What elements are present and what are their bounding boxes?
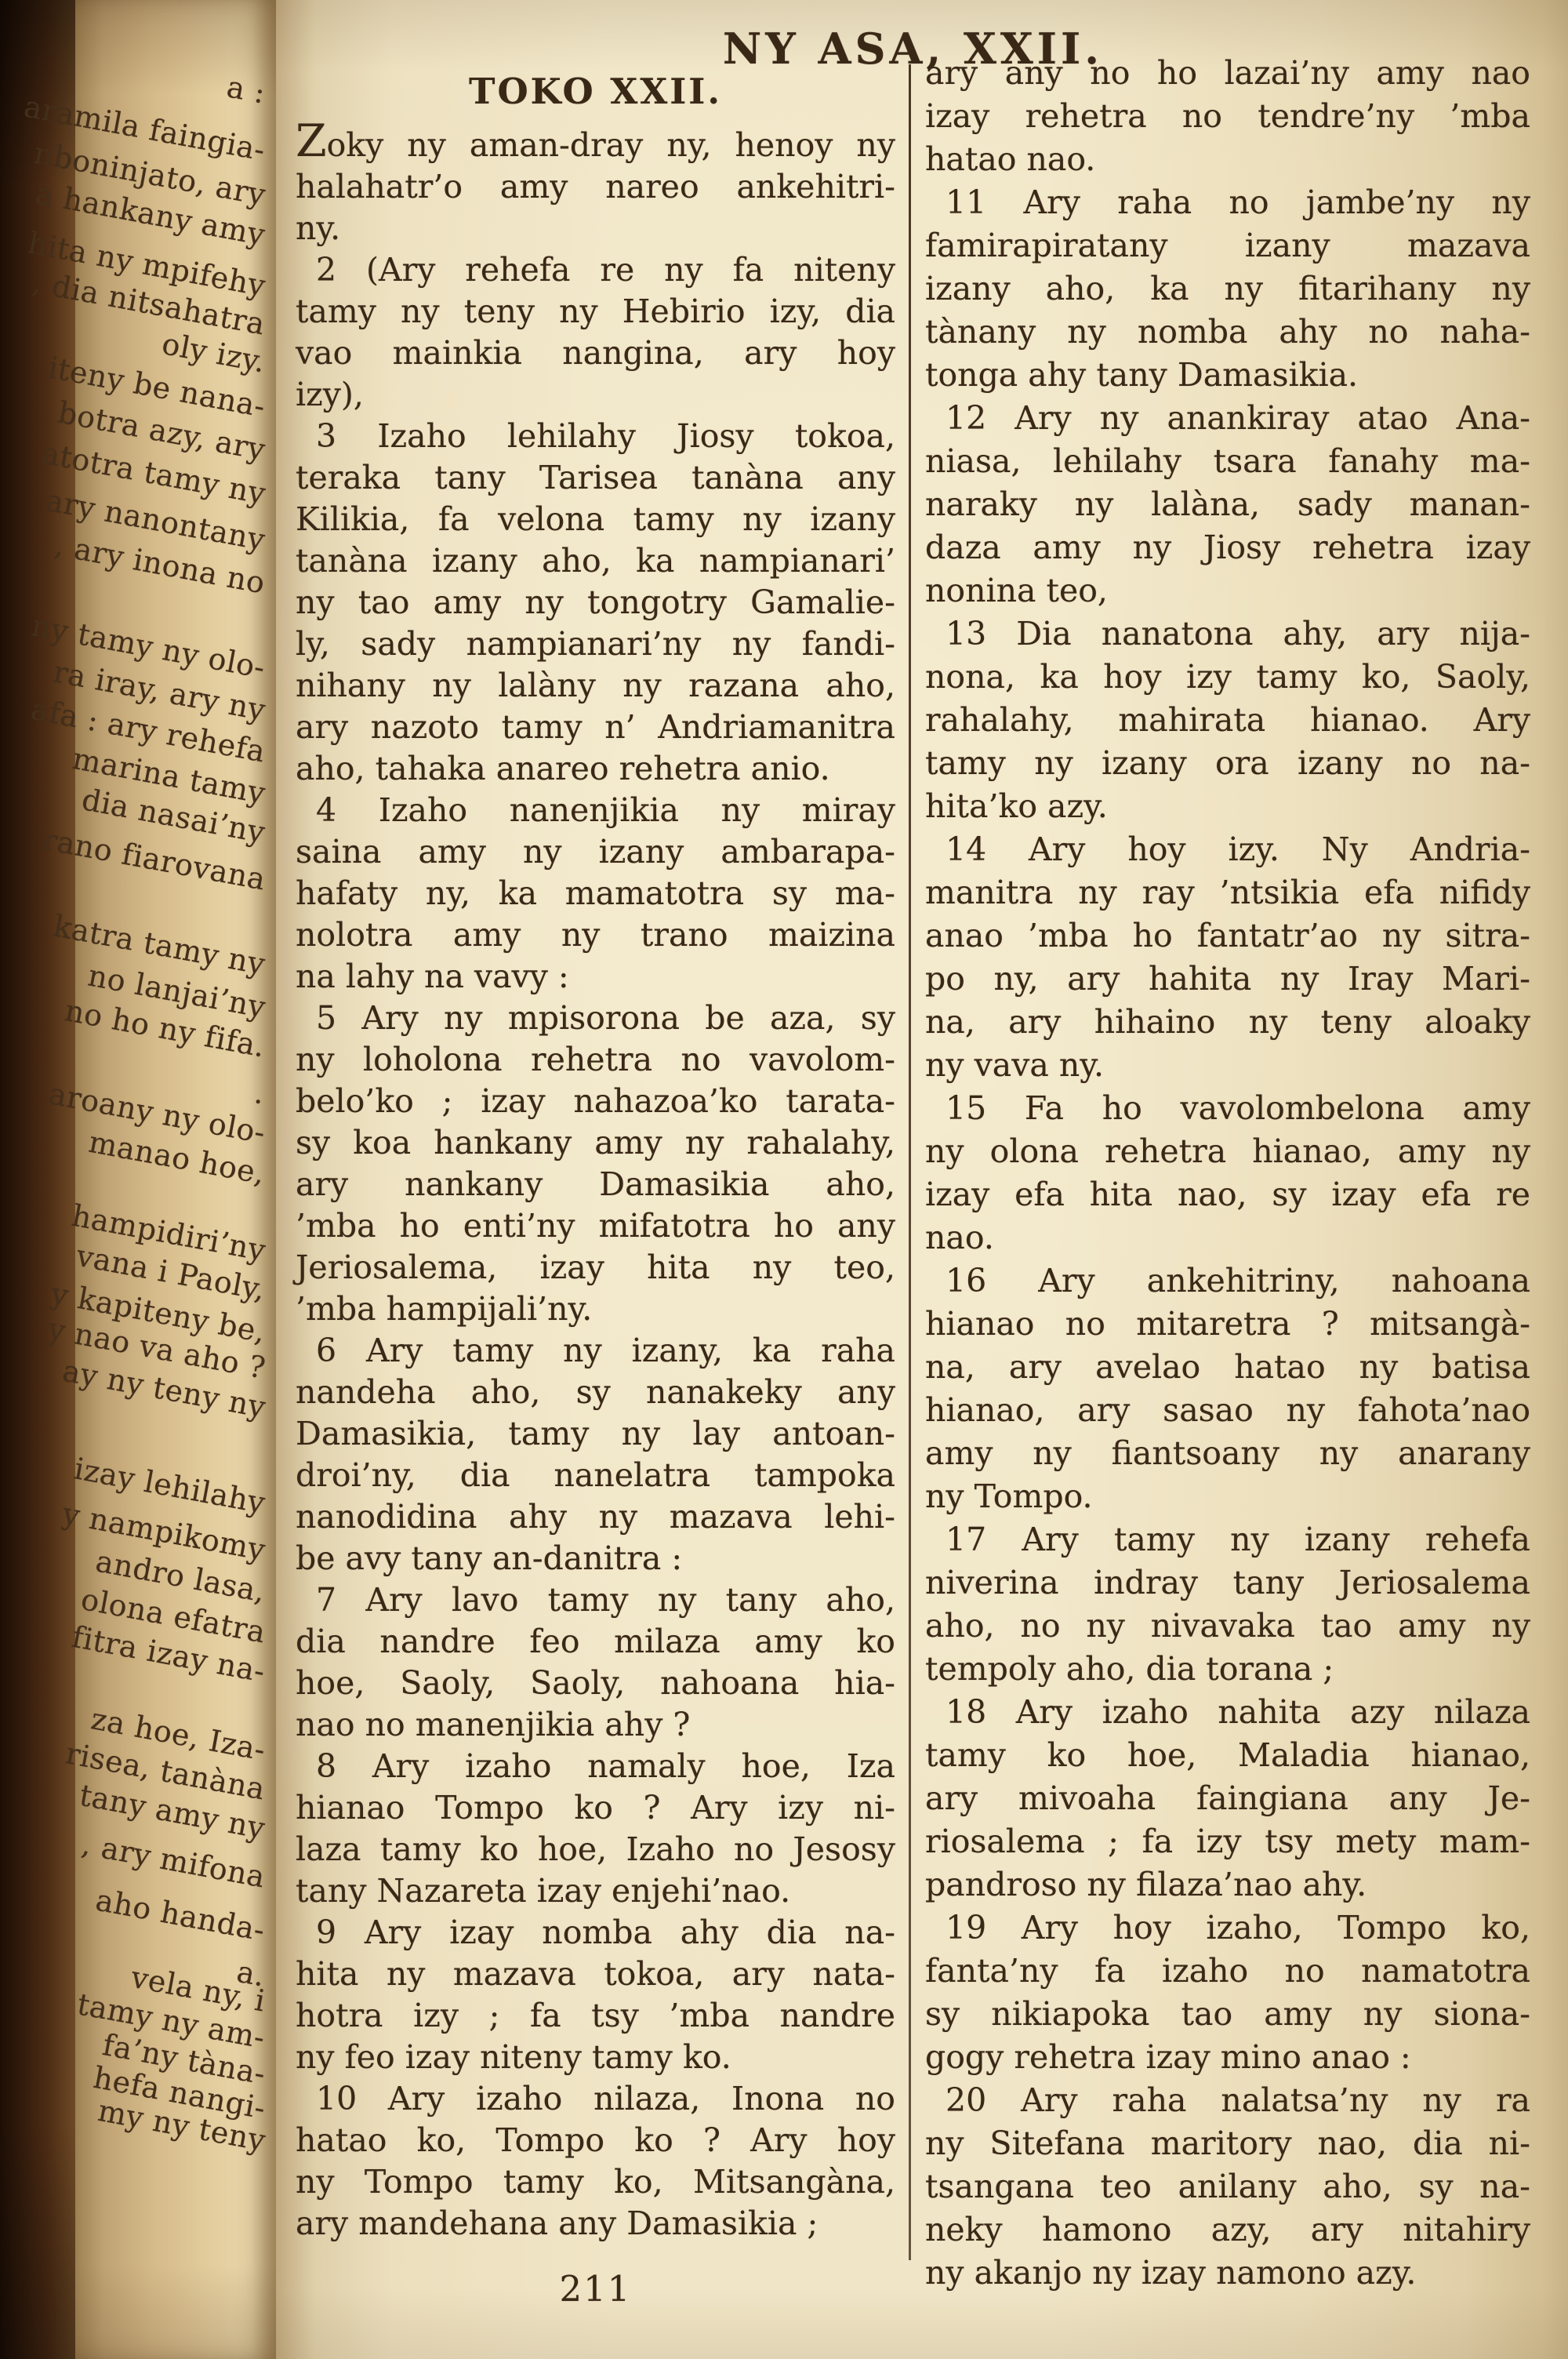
text-line: niasa, lehilahy tsara fanahy ma- — [925, 440, 1530, 483]
text-line: Jeriosalema, izay hita ny teo, — [296, 1247, 895, 1289]
verse-paragraph: 18 Ary izaho nahita azy nilazatamy ko ho… — [925, 1691, 1530, 1906]
page-number: 211 — [296, 2268, 895, 2310]
text-line: naraky ny lalàna, sady manan- — [925, 483, 1530, 526]
text-line: sy nikiapoka tao amy ny siona- — [925, 1993, 1530, 2036]
text-line: ary nazoto tamy n’ Andriamanitra — [296, 707, 895, 748]
text-line: 3 Izaho lehilahy Jiosy tokoa, — [296, 416, 895, 457]
text-line: 11 Ary raha no jambe’ny ny — [925, 181, 1530, 224]
text-line: ny Sitefana maritory nao, dia ni- — [925, 2122, 1530, 2165]
text-line: na, ary avelao hatao ny batisa — [925, 1346, 1530, 1389]
text-line: tempoly aho, dia torana ; — [925, 1648, 1530, 1691]
right-column: ary any no ho lazai’ny amy naoizay rehet… — [925, 52, 1530, 2295]
text-line: sy koa hankany amy ny rahalahy, — [296, 1122, 895, 1164]
text-line: po ny, ary hahita ny Iray Mari- — [925, 958, 1530, 1001]
text-line: amy ny fiantsoany ny anarany — [925, 1432, 1530, 1475]
text-line: tanàna izany aho, ka nampianari’ — [296, 540, 895, 582]
text-line: halahatr’o amy nareo ankehitri- — [296, 166, 895, 208]
text-line: fanta’ny fa izaho no namatotra — [925, 1950, 1530, 1993]
text-line: rahalahy, mahirata hianao. Ary — [925, 699, 1530, 742]
text-line: izy), — [296, 374, 895, 416]
text-line: hotra izy ; fa tsy ’mba nandre — [296, 1995, 895, 2037]
text-line: tamy ko hoe, Maladia hianao, — [925, 1734, 1530, 1777]
text-line: vao mainkia nangina, ary hoy — [296, 333, 895, 374]
verse-paragraph: 4 Izaho nanenjikia ny miraysaina amy ny … — [296, 790, 895, 998]
text-line: na, ary hihaino ny teny aloaky — [925, 1001, 1530, 1044]
verse-paragraph: 16 Ary ankehitriny, nahoanahianao no mit… — [925, 1259, 1530, 1518]
verse-paragraph: ary any no ho lazai’ny amy naoizay rehet… — [925, 52, 1530, 181]
text-line: izay efa hita nao, sy izay efa re — [925, 1173, 1530, 1216]
facing-page-edge: a :aramila faingia-nboninjato, arya hank… — [75, 0, 276, 2359]
left-column-text: Zoky ny aman-dray ny, henoy nyhalahatr’o… — [296, 121, 895, 2245]
right-column-text: ary any no ho lazai’ny amy naoizay rehet… — [925, 52, 1530, 2295]
text-line: 17 Ary tamy ny izany rehefa — [925, 1518, 1530, 1561]
column-divider-rule — [909, 64, 911, 2260]
chapter-title: TOKO XXII. — [296, 69, 895, 114]
text-line: nolotra amy ny trano maizina — [296, 914, 895, 956]
text-line: ny Tompo. — [925, 1475, 1530, 1518]
text-line: 14 Ary hoy izy. Ny Andria- — [925, 828, 1530, 871]
text-line: aho, tahaka anareo rehetra anio. — [296, 748, 895, 790]
verse-paragraph: 13 Dia nanatona ahy, ary nija-nona, ka h… — [925, 612, 1530, 828]
text-line: be avy tany an-danitra : — [296, 1538, 895, 1579]
text-line: nona, ka hoy izy tamy ko, Saoly, — [925, 656, 1530, 699]
text-line: hita’ko azy. — [925, 785, 1530, 828]
text-line: nanodidina ahy ny mazava lehi- — [296, 1496, 895, 1538]
text-line: Zoky ny aman-dray ny, henoy ny — [296, 121, 895, 166]
text-line: ’mba hampijali’ny. — [296, 1289, 895, 1330]
text-line: neky hamono azy, ary nitahiry — [925, 2208, 1530, 2252]
text-line: 4 Izaho nanenjikia ny miray — [296, 790, 895, 831]
verse-paragraph: 7 Ary lavo tamy ny tany aho,dia nandre f… — [296, 1579, 895, 1746]
text-line: hafaty ny, ka mamatotra sy ma- — [296, 873, 895, 914]
text-line: teraka tany Tarisea tanàna any — [296, 457, 895, 499]
text-line: nihany ny lalàny ny razana aho, — [296, 665, 895, 707]
text-line: 8 Ary izaho namaly hoe, Iza — [296, 1746, 895, 1787]
facing-page-text-fragment: . — [252, 1075, 268, 1111]
text-line: laza tamy ko hoe, Izaho no Jesosy — [296, 1829, 895, 1870]
verse-paragraph: 17 Ary tamy ny izany rehefaniverina indr… — [925, 1518, 1530, 1691]
verse-paragraph: 11 Ary raha no jambe’ny nyfamirapiratany… — [925, 181, 1530, 397]
text-line: ny Tompo tamy ko, Mitsangàna, — [296, 2161, 895, 2203]
text-line: 2 (Ary rehefa re ny fa niteny — [296, 249, 895, 291]
left-column: TOKO XXII. Zoky ny aman-dray ny, henoy n… — [296, 69, 895, 2245]
verse-paragraph: 20 Ary raha nalatsa’ny ny rany Sitefana … — [925, 2079, 1530, 2295]
text-line: ny akanjo ny izay namono azy. — [925, 2252, 1530, 2295]
text-line: tànany ny nomba ahy no naha- — [925, 311, 1530, 354]
verse-paragraph: 19 Ary hoy izaho, Tompo ko,fanta’ny fa i… — [925, 1906, 1530, 2079]
text-line: 16 Ary ankehitriny, nahoana — [925, 1259, 1530, 1303]
page-content: NY ASA, XXII. TOKO XXII. Zoky ny aman-dr… — [296, 0, 1530, 2359]
text-line: nao no manenjikia ahy ? — [296, 1704, 895, 1746]
verse-paragraph: 10 Ary izaho nilaza, Inona nohatao ko, T… — [296, 2078, 895, 2245]
text-line: ’mba ho enti’ny mifatotra ho any — [296, 1205, 895, 1247]
text-line: tamy ny teny ny Hebirio izy, dia — [296, 291, 895, 333]
text-line: hita ny mazava tokoa, ary nata- — [296, 1954, 895, 1995]
text-line: ny tao amy ny tongotry Gamalie- — [296, 582, 895, 623]
text-line: ny. — [296, 208, 895, 249]
text-line: 12 Ary ny anankiray atao Ana- — [925, 397, 1530, 440]
text-line: pandroso ny filaza’nao ahy. — [925, 1863, 1530, 1906]
text-line: Kilikia, fa velona tamy ny izany — [296, 499, 895, 540]
verse-paragraph: 5 Ary ny mpisorona be aza, syny loholona… — [296, 998, 895, 1330]
text-line: hianao no mitaretra ? mitsangà- — [925, 1303, 1530, 1346]
text-line: saina amy ny izany ambarapa- — [296, 831, 895, 873]
verse-paragraph: 8 Ary izaho namaly hoe, Izahianao Tompo … — [296, 1746, 895, 1912]
text-line: 6 Ary tamy ny izany, ka raha — [296, 1330, 895, 1372]
text-line: droi’ny, dia nanelatra tampoka — [296, 1455, 895, 1496]
text-line: 20 Ary raha nalatsa’ny ny ra — [925, 2079, 1530, 2122]
verse-paragraph: 6 Ary tamy ny izany, ka rahanandeha aho,… — [296, 1330, 895, 1579]
text-line: 13 Dia nanatona ahy, ary nija- — [925, 612, 1530, 656]
text-line: izay rehetra no tendre’ny ’mba — [925, 95, 1530, 138]
text-line: ny olona rehetra hianao, amy ny — [925, 1130, 1530, 1173]
text-line: ary mandehana any Damasikia ; — [296, 2203, 895, 2245]
verse-paragraph: 15 Fa ho vavolombelona amyny olona rehet… — [925, 1087, 1530, 1259]
text-line: ary any no ho lazai’ny amy nao — [925, 52, 1530, 95]
text-line: tany Nazareta izay enjehi’nao. — [296, 1870, 895, 1912]
text-line: ny loholona rehetra no vavolom- — [296, 1039, 895, 1081]
text-line: niverina indray tany Jeriosalema — [925, 1561, 1530, 1605]
text-line: na lahy na vavy : — [296, 956, 895, 998]
text-line: daza amy ny Jiosy rehetra izay — [925, 526, 1530, 569]
verse-paragraph: 2 (Ary rehefa re ny fa nitenytamy ny ten… — [296, 249, 895, 416]
facing-page-text-fragment: aho handa- — [93, 1883, 268, 1948]
text-line: famirapiratany izany mazava — [925, 224, 1530, 267]
text-line: hianao, ary sasao ny fahota’nao — [925, 1389, 1530, 1432]
text-line: tsangana teo anilany aho, sy na- — [925, 2165, 1530, 2208]
text-line: ny vava ny. — [925, 1044, 1530, 1087]
text-line: nandeha aho, sy nanakeky any — [296, 1372, 895, 1413]
text-line: ary nankany Damasikia aho, — [296, 1164, 895, 1205]
book-page: NY ASA, XXII. TOKO XXII. Zoky ny aman-dr… — [276, 0, 1568, 2359]
text-line: ary mivoaha faingiana any Je- — [925, 1777, 1530, 1820]
text-line: 10 Ary izaho nilaza, Inona no — [296, 2078, 895, 2120]
text-line: 7 Ary lavo tamy ny tany aho, — [296, 1579, 895, 1621]
verse-paragraph: 9 Ary izay nomba ahy dia na-hita ny maza… — [296, 1912, 895, 2078]
text-line: nonina teo, — [925, 569, 1530, 612]
text-line: hatao ko, Tompo ko ? Ary hoy — [296, 2120, 895, 2161]
verse-paragraph: Zoky ny aman-dray ny, henoy nyhalahatr’o… — [296, 121, 895, 249]
text-line: riosalema ; fa izy tsy mety mam- — [925, 1820, 1530, 1863]
text-line: tamy ny izany ora izany no na- — [925, 742, 1530, 785]
text-line: hoe, Saoly, Saoly, nahoana hia- — [296, 1663, 895, 1704]
text-line: 9 Ary izay nomba ahy dia na- — [296, 1912, 895, 1954]
text-line: tonga ahy tany Damasikia. — [925, 354, 1530, 397]
text-line: 5 Ary ny mpisorona be aza, sy — [296, 998, 895, 1039]
text-line: 18 Ary izaho nahita azy nilaza — [925, 1691, 1530, 1734]
text-line: aho, no ny nivavaka tao amy ny — [925, 1605, 1530, 1648]
text-line: ly, sady nampianari’ny ny fandi- — [296, 623, 895, 665]
text-line: dia nandre feo milaza amy ko — [296, 1621, 895, 1663]
text-line: anao ’mba ho fantatr’ao ny sitra- — [925, 914, 1530, 958]
text-line: belo’ko ; izay nahazoa’ko tarata- — [296, 1081, 895, 1122]
text-line: 19 Ary hoy izaho, Tompo ko, — [925, 1906, 1530, 1950]
verse-paragraph: 3 Izaho lehilahy Jiosy tokoa,teraka tany… — [296, 416, 895, 790]
verse-paragraph: 12 Ary ny anankiray atao Ana-niasa, lehi… — [925, 397, 1530, 612]
text-line: manitra ny ray ’ntsikia efa nifidy — [925, 871, 1530, 914]
verse-paragraph: 14 Ary hoy izy. Ny Andria-manitra ny ray… — [925, 828, 1530, 1087]
text-line: hatao nao. — [925, 138, 1530, 181]
text-line: nao. — [925, 1216, 1530, 1259]
text-line: Damasikia, tamy ny lay antoan- — [296, 1413, 895, 1455]
text-line: izany aho, ka ny fitarihany ny — [925, 267, 1530, 311]
text-line: gogy rehetra izay mino anao : — [925, 2036, 1530, 2079]
facing-page-text-fragment: a : — [224, 69, 268, 110]
text-line: hianao Tompo ko ? Ary izy ni- — [296, 1787, 895, 1829]
text-line: ny feo izay niteny tamy ko. — [296, 2037, 895, 2078]
text-line: 15 Fa ho vavolombelona amy — [925, 1087, 1530, 1130]
